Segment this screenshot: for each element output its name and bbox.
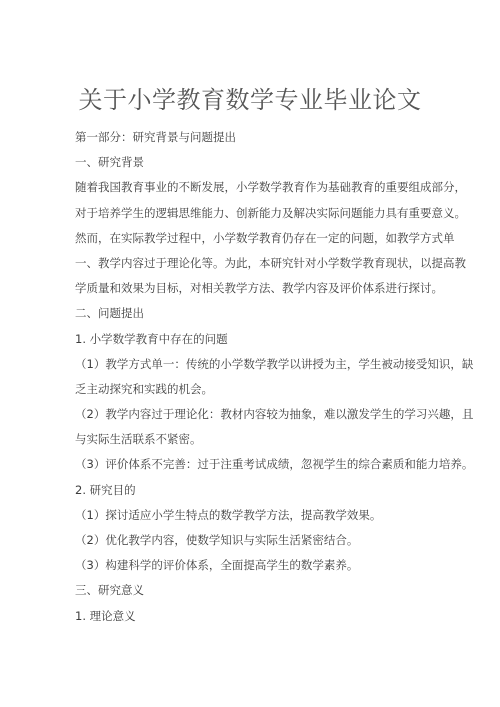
list-item-line: （3）评价体系不完善：过于注重考试成绩，忽视学生的综合素质和能力培养。 xyxy=(75,452,475,477)
paragraph-line: 学质量和效果为目标，对相关教学方法、教学内容及评价体系进行探讨。 xyxy=(75,276,475,301)
document-page: 关于小学教育数学专业毕业论文 第一部分：研究背景与问题提出 一、研究背景 随着我… xyxy=(0,0,500,707)
paragraph-line: 然而，在实际教学过程中，小学数学教育仍存在一定的问题，如教学方式单 xyxy=(75,226,475,251)
document-body: 第一部分：研究背景与问题提出 一、研究背景 随着我国教育事业的不断发展，小学数学… xyxy=(75,125,475,629)
section-heading-problems: 二、问题提出 xyxy=(75,301,475,326)
section-heading-background: 一、研究背景 xyxy=(75,150,475,175)
list-item-line: （1）教学方式单一：传统的小学数学教学以讲授为主，学生被动接受知识，缺 xyxy=(75,352,475,377)
subsection-heading: 1. 小学数学教育中存在的问题 xyxy=(75,327,475,352)
list-item-line: （2）教学内容过于理论化：教材内容较为抽象，难以激发学生的学习兴趣，且 xyxy=(75,402,475,427)
list-item-line: 乏主动探究和实践的机会。 xyxy=(75,377,475,402)
part-heading: 第一部分：研究背景与问题提出 xyxy=(75,125,475,150)
subsection-heading: 1. 理论意义 xyxy=(75,604,475,629)
list-item-line: （1）探讨适应小学生特点的数学教学方法，提高教学效果。 xyxy=(75,503,475,528)
paragraph-line: 一、教学内容过于理论化等。为此，本研究针对小学数学教育现状，以提高教 xyxy=(75,251,475,276)
list-item-line: （2）优化教学内容，使数学知识与实际生活紧密结合。 xyxy=(75,528,475,553)
subsection-heading: 2. 研究目的 xyxy=(75,478,475,503)
document-title: 关于小学教育数学专业毕业论文 xyxy=(0,80,500,115)
paragraph-line: 对于培养学生的逻辑思维能力、创新能力及解决实际问题能力具有重要意义。 xyxy=(75,201,475,226)
paragraph-line: 随着我国教育事业的不断发展，小学数学教育作为基础教育的重要组成部分， xyxy=(75,175,475,200)
section-heading-significance: 三、研究意义 xyxy=(75,578,475,603)
list-item-line: 与实际生活联系不紧密。 xyxy=(75,427,475,452)
list-item-line: （3）构建科学的评价体系，全面提高学生的数学素养。 xyxy=(75,553,475,578)
